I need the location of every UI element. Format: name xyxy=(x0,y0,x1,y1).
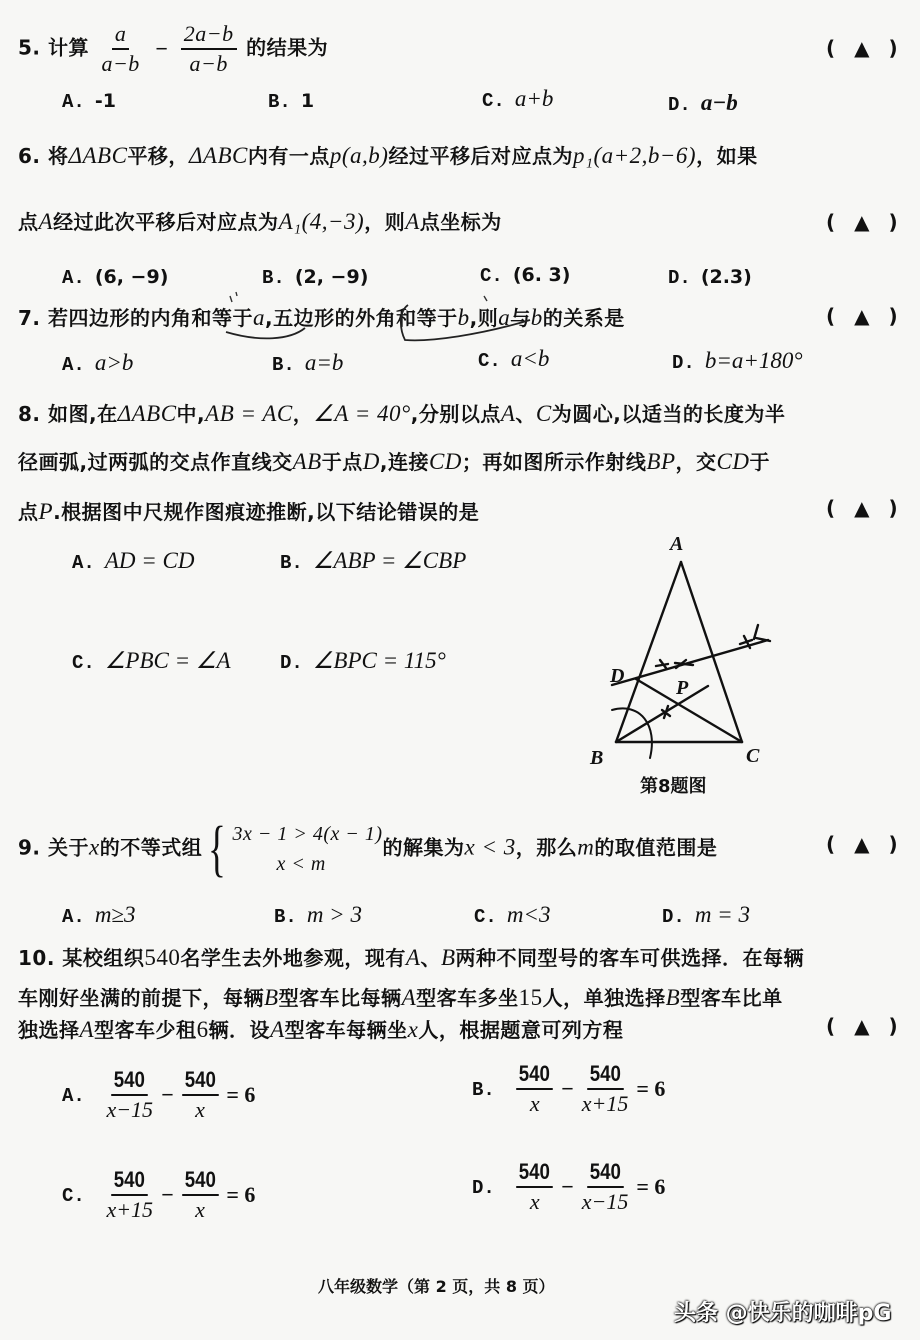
inequality-system: 3x − 1 > 4(x − 1)x < m xyxy=(232,819,382,879)
question-8: 8. 如图,在ΔABC中,AB = AC，∠A = 40°,分别以点A、C为圆心… xyxy=(18,398,785,427)
option-b: B.a=b xyxy=(272,350,343,376)
figure-question-8: A B C D P 第8题图 xyxy=(560,520,820,810)
option-c: C.m<3 xyxy=(474,902,550,928)
option-d: D. 540x−540x−15= 6 xyxy=(472,1160,668,1214)
question-number: 10. xyxy=(18,946,55,970)
question-9: 9. 关于x的不等式组{3x − 1 > 4(x − 1)x < m的解集为x … xyxy=(18,818,717,880)
option-a: A. 540x−15−540x= 6 xyxy=(62,1068,258,1122)
label-b: B xyxy=(589,747,603,769)
handwritten-underline-annotation xyxy=(0,0,920,400)
watermark: 头条 @快乐的咖啡pG xyxy=(674,1296,891,1327)
label-d: D xyxy=(609,665,624,687)
answer-mark: ( ▲ ) xyxy=(826,1014,904,1038)
option-d: D.m = 3 xyxy=(662,902,750,928)
question-8-line-3: 点P.根据图中尺规作图痕迹推断,以下结论错误的是 xyxy=(18,496,479,525)
question-10-line-3: 独选择A型客车少租6辆．设A型客车每辆坐x人，根据题意可列方程 xyxy=(18,1014,623,1043)
answer-mark: ( ▲ ) xyxy=(826,832,904,856)
option-d: D.∠BPC = 115° xyxy=(280,648,446,674)
option-a: A.m≥3 xyxy=(62,902,136,928)
question-8-line-2: 径画弧,过两弧的交点作直线交AB于点D,连接CD；再如图所示作射线BP，交CD于 xyxy=(18,446,770,475)
option-d: D.b=a+180° xyxy=(672,348,803,374)
label-c: C xyxy=(746,745,760,767)
answer-mark: ( ▲ ) xyxy=(826,496,904,520)
question-number: 9. xyxy=(18,836,41,860)
answer-mark: ( ▲ ) xyxy=(826,304,904,328)
option-b: B.m > 3 xyxy=(274,902,362,928)
option-c: C.∠PBC = ∠A xyxy=(72,648,231,674)
option-a: A.a>b xyxy=(62,350,133,376)
question-10-line-2: 车刚好坐满的前提下，每辆B型客车比每辆A型客车多坐15人，单独选择B型客车比单 xyxy=(18,982,783,1011)
label-a: A xyxy=(668,533,683,555)
system-brace: { xyxy=(208,818,226,880)
option-a: A.AD = CD xyxy=(72,548,194,574)
figure-caption: 第8题图 xyxy=(640,772,707,798)
option-c: C.a<b xyxy=(478,346,549,372)
page-footer: 八年级数学（第 2 页，共 8 页） xyxy=(318,1274,555,1297)
question-number: 8. xyxy=(18,402,41,426)
question-10: 10. 某校组织540名学生去外地参观，现有A、B两种不同型号的客车可供选择．在… xyxy=(18,942,804,971)
option-c: C. 540x+15−540x= 6 xyxy=(62,1168,258,1222)
triangle-construction-diagram: A B C D P xyxy=(560,520,820,810)
label-p: P xyxy=(675,677,689,699)
option-b: B.∠ABP = ∠CBP xyxy=(280,548,466,574)
option-b: B. 540x−540x+15= 6 xyxy=(472,1062,668,1116)
